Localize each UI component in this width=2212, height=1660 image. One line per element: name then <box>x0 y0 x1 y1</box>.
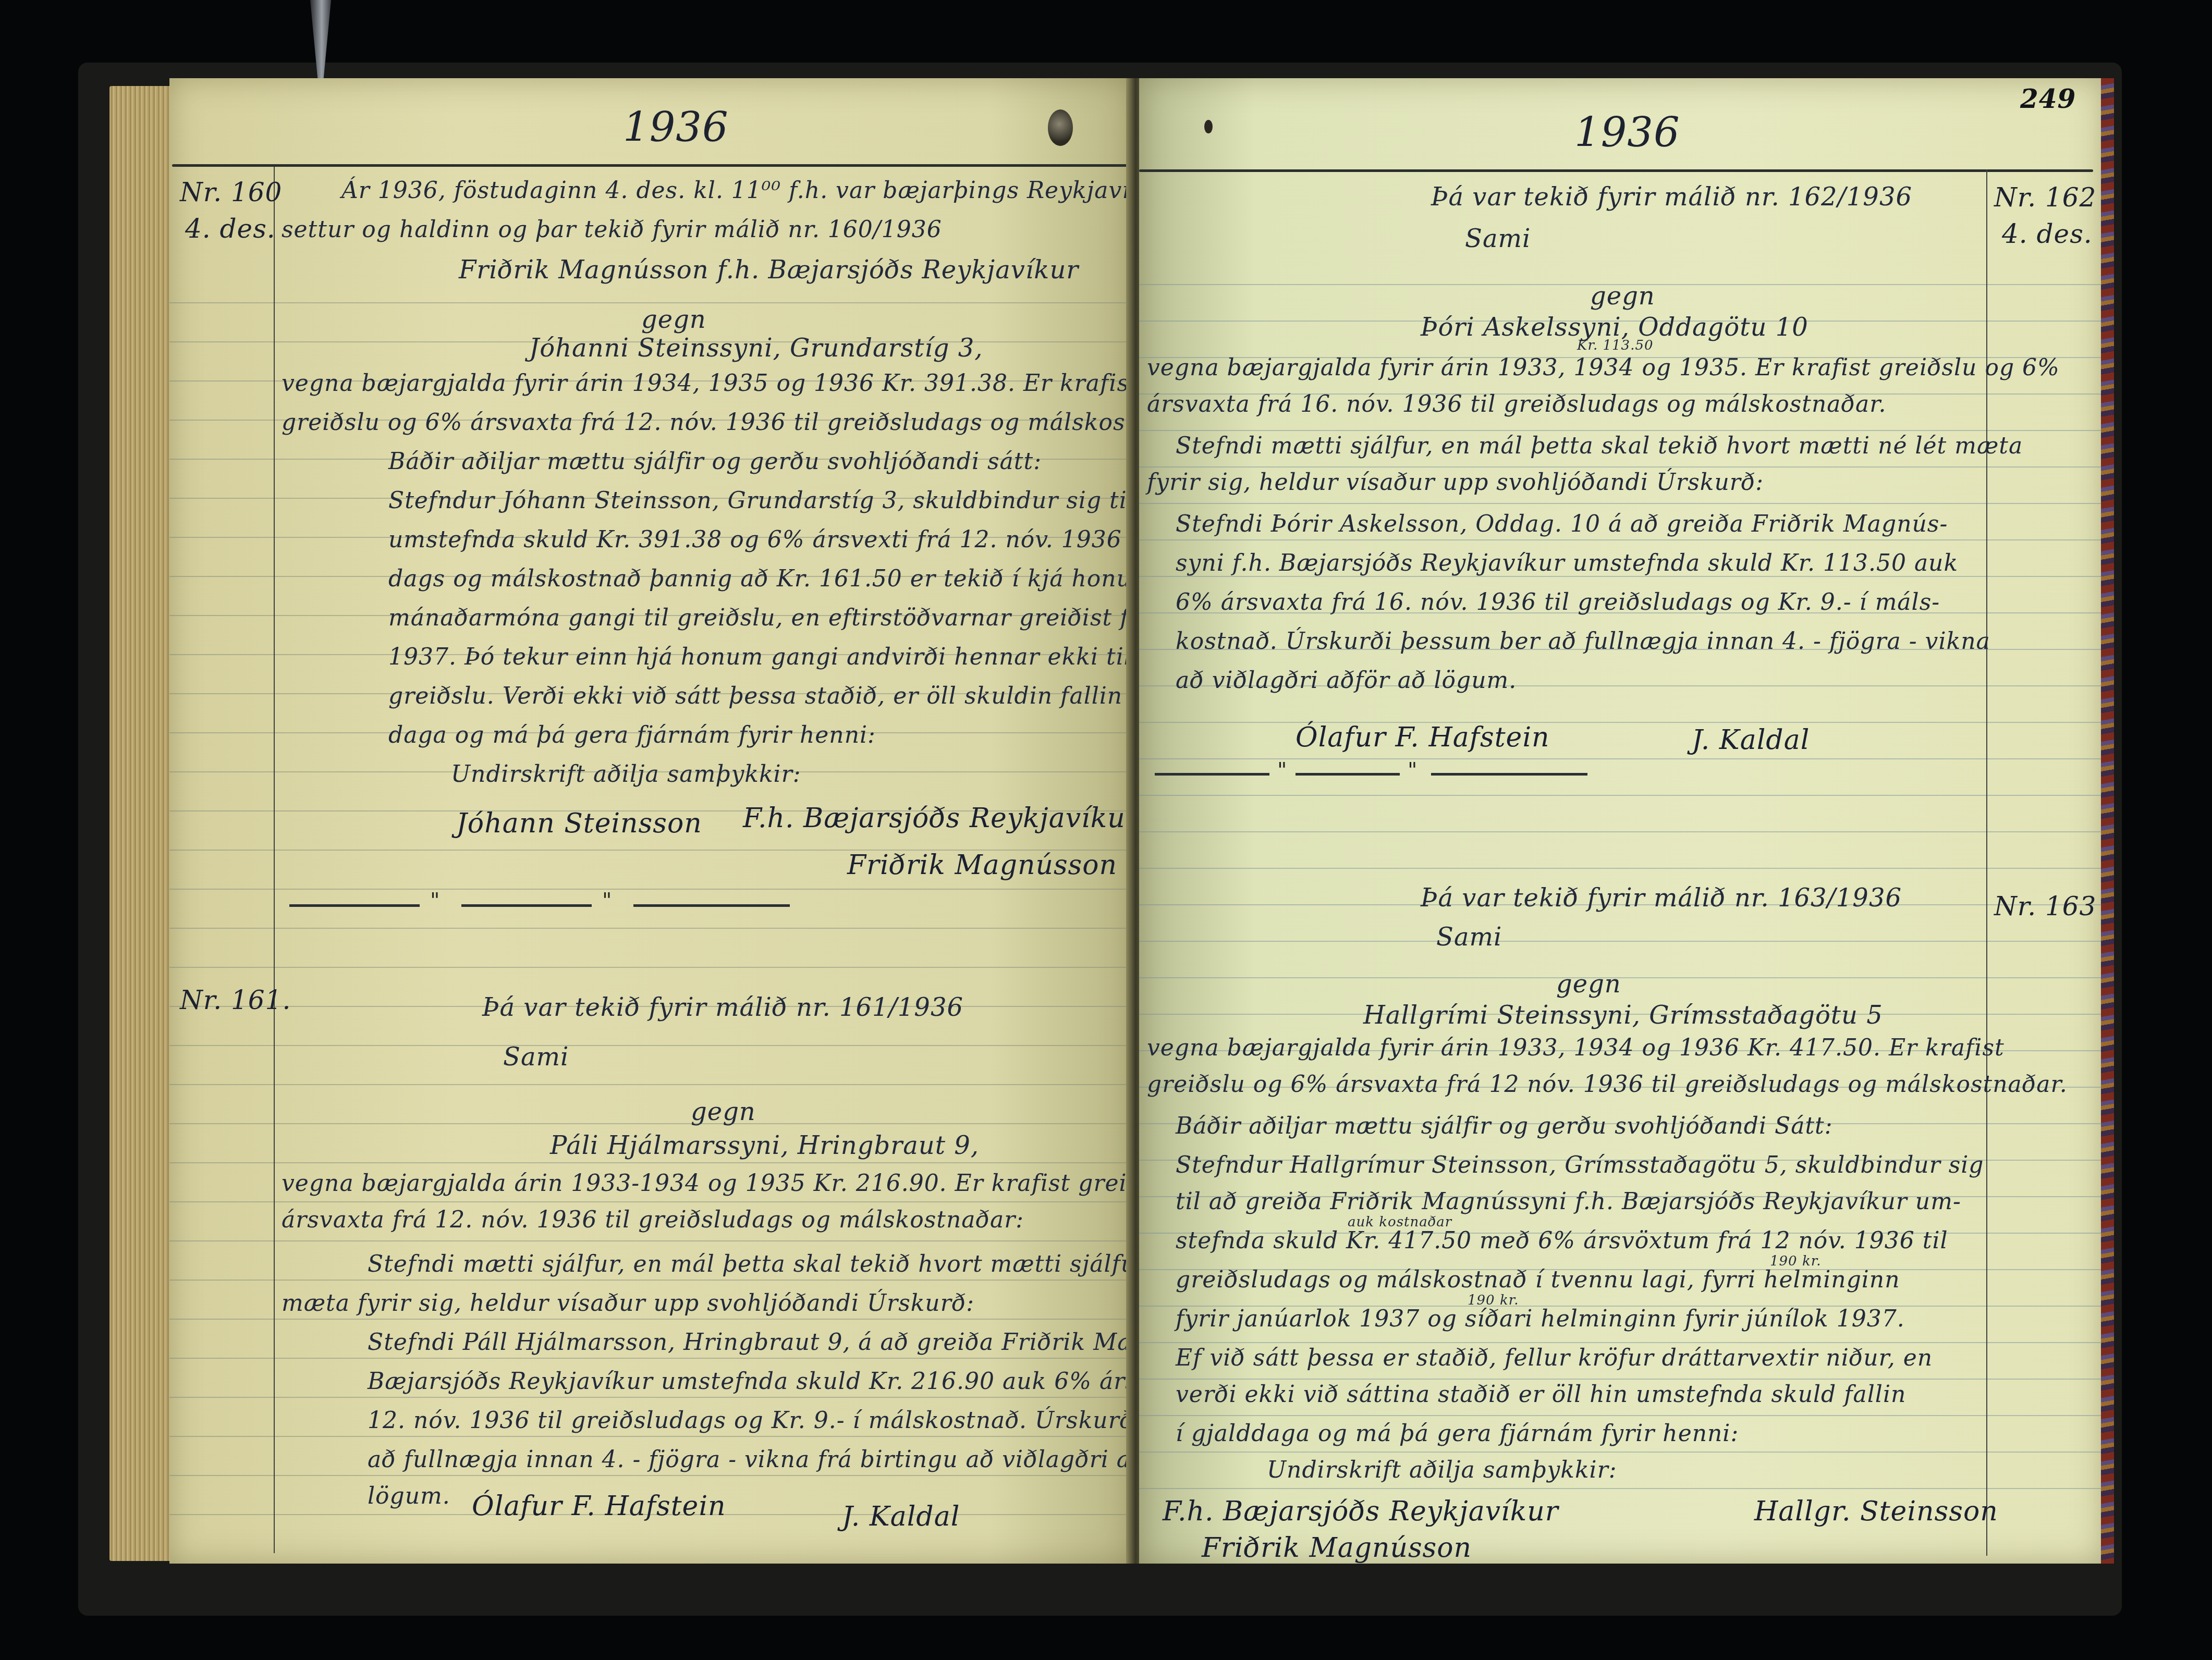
text-line: mæta fyrir sig, heldur vísaður upp svohl… <box>282 1290 974 1317</box>
text-line: greiðslu. Verði ekki við sátt þessa stað… <box>388 683 1214 709</box>
text-line: verði ekki við sáttina staðið er öll hin… <box>1176 1381 1906 1408</box>
plaintiff-name: Sami <box>503 1042 569 1072</box>
defendant-name: Hallgrími Steinssyni, Grímsstaðagötu 5 <box>1363 1001 1883 1030</box>
text-line: að viðlagðri aðför að lögum. <box>1176 667 1517 694</box>
signature-org: F.h. Bæjarsjóðs Reykjavíkur <box>743 803 1139 834</box>
case-heading: Þá var tekið fyrir málið nr. 161/1936 <box>482 993 963 1022</box>
plaintiff-name: Sami <box>1436 923 1502 952</box>
signature-official: Friðrik Magnússon <box>1202 1532 1472 1564</box>
signature-official: Friðrik Magnússon <box>847 850 1117 881</box>
gegn-label: gegn <box>1590 281 1655 311</box>
text-line: greiðslu og 6% ársvaxta frá 12. nóv. 193… <box>282 409 1210 436</box>
text-line: fyrir janúarlok 1937 og síðari helmingin… <box>1176 1306 1905 1332</box>
text-line: Stefndi Þórir Askelsson, Oddag. 10 á að … <box>1176 511 1948 537</box>
case-heading: Þá var tekið fyrir málið nr. 162/1936 <box>1431 182 1912 212</box>
text-line: daga og má þá gera fjárnám fyrir henni: <box>388 722 876 748</box>
entry-divider <box>1296 773 1400 776</box>
text-line: Undirskrift aðilja samþykkir: <box>451 761 801 788</box>
pin-hole <box>1204 120 1213 133</box>
signature-defendant: Jóhann Steinsson <box>456 808 702 839</box>
pin-hole <box>1048 109 1073 146</box>
text-line: vegna bæjargjalda fyrir árin 1933, 1934 … <box>1147 1035 2005 1061</box>
text-line: til að greiða Friðrik Magnússyni f.h. Bæ… <box>1176 1188 1961 1215</box>
gegn-label: gegn <box>641 305 706 334</box>
text-line: settur og haldinn og þar tekið fyrir mál… <box>282 216 942 243</box>
text-line: kostnað. Úrskurði þessum ber að fullnægj… <box>1176 628 1990 655</box>
text-line: 1937. Þó tekur einn hjá honum gangi andv… <box>388 644 1132 670</box>
gegn-label: gegn <box>691 1097 756 1126</box>
text-line: greiðslu og 6% ársvaxta frá 12 nóv. 1936… <box>1147 1071 2068 1098</box>
left-page: 1936 Nr. 160 4. des. Ár 1936, föstudagin… <box>169 78 1134 1564</box>
text-line: greiðsludags og málskostnað í tvennu lag… <box>1176 1266 1900 1293</box>
margin-column-rule <box>274 167 275 1553</box>
signature-judge: Ólafur F. Hafstein <box>1296 722 1550 753</box>
text-line: Báðir aðiljar mættu sjálfir og gerðu svo… <box>388 448 1042 475</box>
case-heading: Þá var tekið fyrir málið nr. 163/1936 <box>1421 883 1902 913</box>
defendant-name: Páli Hjálmarssyni, Hringbraut 9, <box>550 1131 979 1160</box>
text-line: fyrir sig, heldur vísaður upp svohljóðan… <box>1147 469 1764 496</box>
text-line: vegna bæjargjalda fyrir árin 1934, 1935 … <box>282 370 1139 397</box>
entry-date: 4. des. <box>2002 219 2093 249</box>
text-line: ársvaxta frá 16. nóv. 1936 til greiðslud… <box>1147 391 1886 417</box>
entry-number: Nr. 161. <box>180 985 291 1015</box>
text-line: stefnda skuld Kr. 417.50 með 6% ársvöxtu… <box>1176 1227 1948 1254</box>
entry-divider <box>1155 773 1269 776</box>
page-edges <box>109 86 172 1561</box>
right-page: 1936 249 Nr. 162 4. des. Þá var tekið fy… <box>1139 78 2104 1564</box>
entry-date: 4. des. <box>185 214 276 244</box>
text-line: vegna bæjargjalda fyrir árin 1933, 1934 … <box>1147 354 2060 381</box>
text-line: Ef við sátt þessa er staðið, fellur kröf… <box>1176 1345 1933 1371</box>
entry-number: Nr. 160 <box>180 177 282 207</box>
defendant-name: Jóhanni Steinssyni, Grundarstíg 3, <box>529 334 983 363</box>
signature-judge: Ólafur F. Hafstein <box>472 1491 726 1522</box>
text-line: að fullnægja innan 4. - fjögra - vikna f… <box>368 1446 1216 1473</box>
entry-divider <box>461 904 592 907</box>
signature-defendant: Hallgr. Steinsson <box>1754 1496 1998 1527</box>
header-rule <box>172 164 1131 167</box>
text-line: Undirskrift aðilja samþykkir: <box>1267 1457 1617 1483</box>
text-line: lögum. <box>368 1483 450 1509</box>
entry-divider <box>289 904 420 907</box>
gegn-label: gegn <box>1556 969 1621 999</box>
plaintiff-name: Sami <box>1465 224 1531 253</box>
signature-clerk: J. Kaldal <box>1692 724 1810 756</box>
text-line: vegna bæjargjalda árin 1933-1934 og 1935… <box>282 1170 1260 1197</box>
text-line: Stefndi mætti sjálfur, en mál þetta skal… <box>1176 433 2023 459</box>
text-line: ársvaxta frá 12. nóv. 1936 til greiðslud… <box>282 1207 1024 1233</box>
text-line: Ár 1936, föstudaginn 4. des. kl. 11⁰⁰ f.… <box>341 177 1171 204</box>
marbled-page-edge <box>2101 78 2114 1564</box>
text-line: Báðir aðiljar mættu sjálfir og gerðu svo… <box>1176 1113 1833 1139</box>
header-rule <box>1139 169 2093 172</box>
interlinear-note: Kr. 113.50 <box>1577 338 1654 353</box>
entry-number: Nr. 163 <box>1994 891 2096 921</box>
text-line: syni f.h. Bæjarsjóðs Reykjavíkur umstefn… <box>1176 550 1958 576</box>
signature-org: F.h. Bæjarsjóðs Reykjavíkur <box>1163 1496 1559 1527</box>
page-year: 1936 <box>623 104 729 151</box>
text-line: Stefndur Hallgrímur Steinsson, Grímsstað… <box>1176 1152 1984 1178</box>
page-number: 249 <box>2020 83 2076 114</box>
entry-divider <box>1431 773 1587 776</box>
text-line: Bæjarsjóðs Reykjavíkur umstefnda skuld K… <box>368 1368 1245 1395</box>
text-line: Stefndi mætti sjálfur, en mál þetta skal… <box>368 1251 1224 1277</box>
text-line: í gjalddaga og má þá gera fjárnám fyrir … <box>1176 1420 1739 1447</box>
plaintiff-name: Friðrik Magnússon f.h. Bæjarsjóðs Reykja… <box>459 255 1079 285</box>
entry-divider <box>633 904 790 907</box>
signature-clerk: J. Kaldal <box>842 1501 960 1532</box>
text-line: 6% ársvaxta frá 16. nóv. 1936 til greiðs… <box>1176 589 1940 616</box>
page-year: 1936 <box>1574 109 1680 156</box>
entry-number: Nr. 162 <box>1994 182 2096 213</box>
text-line: mánaðarmóna gangi til greiðslu, en eftir… <box>388 605 1255 631</box>
text-line: dags og málskostnað þannig að Kr. 161.50… <box>388 565 1215 592</box>
